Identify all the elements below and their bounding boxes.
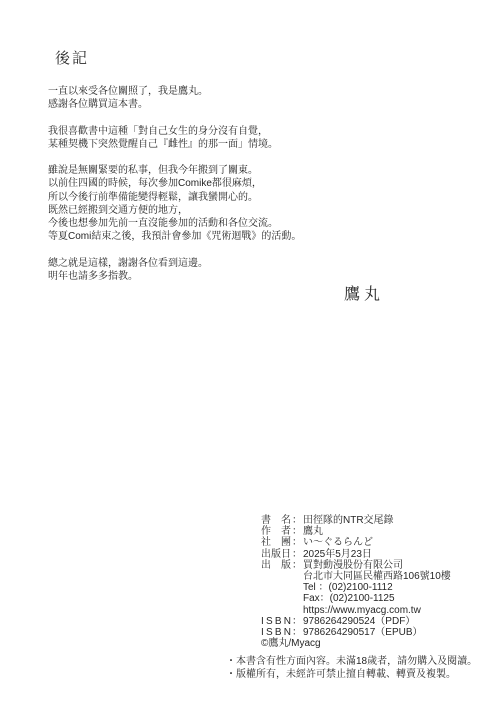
- colophon-label: 出 版: [261, 560, 292, 571]
- colophon: 書 名：田徑隊的NTR交尾錄 作 者：鷹丸 社 團：い～ぐるらんど 出版日：20…: [261, 515, 451, 649]
- colophon-value: 鷹丸: [303, 526, 323, 537]
- afterword-paragraph: 總之就是這樣，謝謝各位看到這邊。 明年也請多多指教。: [48, 257, 301, 283]
- afterword-line: 感謝各位購買這本書。: [48, 98, 301, 111]
- afterword-line: 等夏Comi結束之後，我預計會參加《咒術迴戰》的活動。: [48, 230, 301, 243]
- afterword-paragraph: 雖說是無關緊要的私事，但我今年搬到了關東。 以前住四國的時候，每次參加Comik…: [48, 164, 301, 243]
- colophon-row-fax: Fax：(02)2100-1125: [261, 593, 451, 604]
- page-title: 後記: [55, 47, 89, 68]
- colophon-separator: [292, 582, 303, 593]
- colophon-label: 出版日: [261, 549, 292, 560]
- website-url: https://www.myacg.com.tw: [303, 605, 421, 616]
- colophon-separator: [292, 593, 303, 604]
- afterword-line: 所以今後行前準備能變得輕鬆，讓我蠻開心的。: [48, 191, 301, 204]
- afterword-paragraph: 我很喜歡書中這種「對自己女生的身分沒有自覺， 某種契機下突然覺醒自己『雌性』的那…: [48, 125, 301, 151]
- colophon-label: 作 者: [261, 526, 292, 537]
- afterword-line: 我很喜歡書中這種「對自己女生的身分沒有自覺，: [48, 125, 301, 138]
- notice-adult-content: ・本書含有性方面內容。未滿18歲者，請勿購入及閱讀。: [226, 655, 477, 668]
- notice-copyright-restriction: ・版權所有，未經許可禁止擅自轉載、轉賣及複製。: [226, 668, 477, 681]
- colophon-value: 田徑隊的NTR交尾錄: [303, 515, 394, 526]
- colophon-row-isbn-epub: ISBN：9786264290517（EPUB）: [261, 627, 451, 638]
- afterword-line: 既然已經搬到交通方便的地方，: [48, 204, 301, 217]
- afterword-line: 某種契機下突然覺醒自己『雌性』的那一面」情境。: [48, 138, 301, 151]
- colophon-label: 社 團: [261, 537, 292, 548]
- colophon-label: ISBN: [261, 616, 292, 627]
- afterword-line: 雖說是無關緊要的私事，但我今年搬到了關東。: [48, 164, 301, 177]
- colophon-separator: [292, 571, 303, 582]
- colophon-row-publish-date: 出版日：2025年5月23日: [261, 549, 451, 560]
- colophon-row-book-title: 書 名：田徑隊的NTR交尾錄: [261, 515, 451, 526]
- colophon-value: 台北市大同區民權西路106號10樓: [303, 571, 451, 582]
- colophon-label: ISBN: [261, 627, 292, 638]
- colophon-row-website: https://www.myacg.com.tw: [261, 605, 451, 616]
- colophon-row-circle: 社 團：い～ぐるらんど: [261, 537, 451, 548]
- colophon-label: [261, 593, 292, 604]
- colophon-value: い～ぐるらんど: [303, 537, 373, 548]
- notices: ・本書含有性方面內容。未滿18歲者，請勿購入及閱讀。 ・版權所有，未經許可禁止擅…: [226, 655, 477, 682]
- colophon-value: Fax：(02)2100-1125: [303, 593, 395, 604]
- afterword-line: 一直以來受各位關照了，我是鷹丸。: [48, 85, 301, 98]
- colophon-label: 書 名: [261, 515, 292, 526]
- copyright-line: ©鷹丸/Myacg: [261, 638, 451, 649]
- afterword-line: 今後也想參加先前一直沒能參加的活動和各位交流。: [48, 217, 301, 230]
- colophon-label: [261, 605, 292, 616]
- colophon-value: 9786264290524（PDF）: [303, 616, 415, 627]
- colophon-separator: ：: [292, 616, 303, 627]
- colophon-value: 2025年5月23日: [303, 549, 372, 560]
- author-signature: 鷹丸: [344, 281, 384, 304]
- afterword-body: 一直以來受各位關照了，我是鷹丸。 感謝各位購買這本書。 我很喜歡書中這種「對自己…: [48, 85, 301, 296]
- colophon-separator: ：: [292, 560, 303, 571]
- colophon-value: Tel ：(02)2100-1112: [303, 582, 393, 593]
- colophon-row-tel: Tel ：(02)2100-1112: [261, 582, 451, 593]
- colophon-separator: ：: [292, 526, 303, 537]
- afterword-paragraph: 一直以來受各位關照了，我是鷹丸。 感謝各位購買這本書。: [48, 85, 301, 111]
- colophon-separator: ：: [292, 549, 303, 560]
- afterword-line: 總之就是這樣，謝謝各位看到這邊。: [48, 257, 301, 270]
- afterword-line: 以前住四國的時候，每次參加Comike都很麻煩，: [48, 177, 301, 190]
- colophon-row-publisher: 出 版：買對動漫股份有限公司: [261, 560, 451, 571]
- colophon-row-address: 台北市大同區民權西路106號10樓: [261, 571, 451, 582]
- afterword-page: 後記 一直以來受各位關照了，我是鷹丸。 感謝各位購買這本書。 我很喜歡書中這種「…: [0, 0, 500, 706]
- colophon-separator: [292, 605, 303, 616]
- colophon-row-isbn-pdf: ISBN：9786264290524（PDF）: [261, 616, 451, 627]
- colophon-value: 買對動漫股份有限公司: [303, 560, 403, 571]
- colophon-separator: ：: [292, 627, 303, 638]
- colophon-row-author: 作 者：鷹丸: [261, 526, 451, 537]
- colophon-value: 9786264290517（EPUB）: [303, 627, 423, 638]
- colophon-label: [261, 571, 292, 582]
- afterword-line: 明年也請多多指教。: [48, 270, 301, 283]
- colophon-separator: ：: [292, 515, 303, 526]
- colophon-separator: ：: [292, 537, 303, 548]
- colophon-label: [261, 582, 292, 593]
